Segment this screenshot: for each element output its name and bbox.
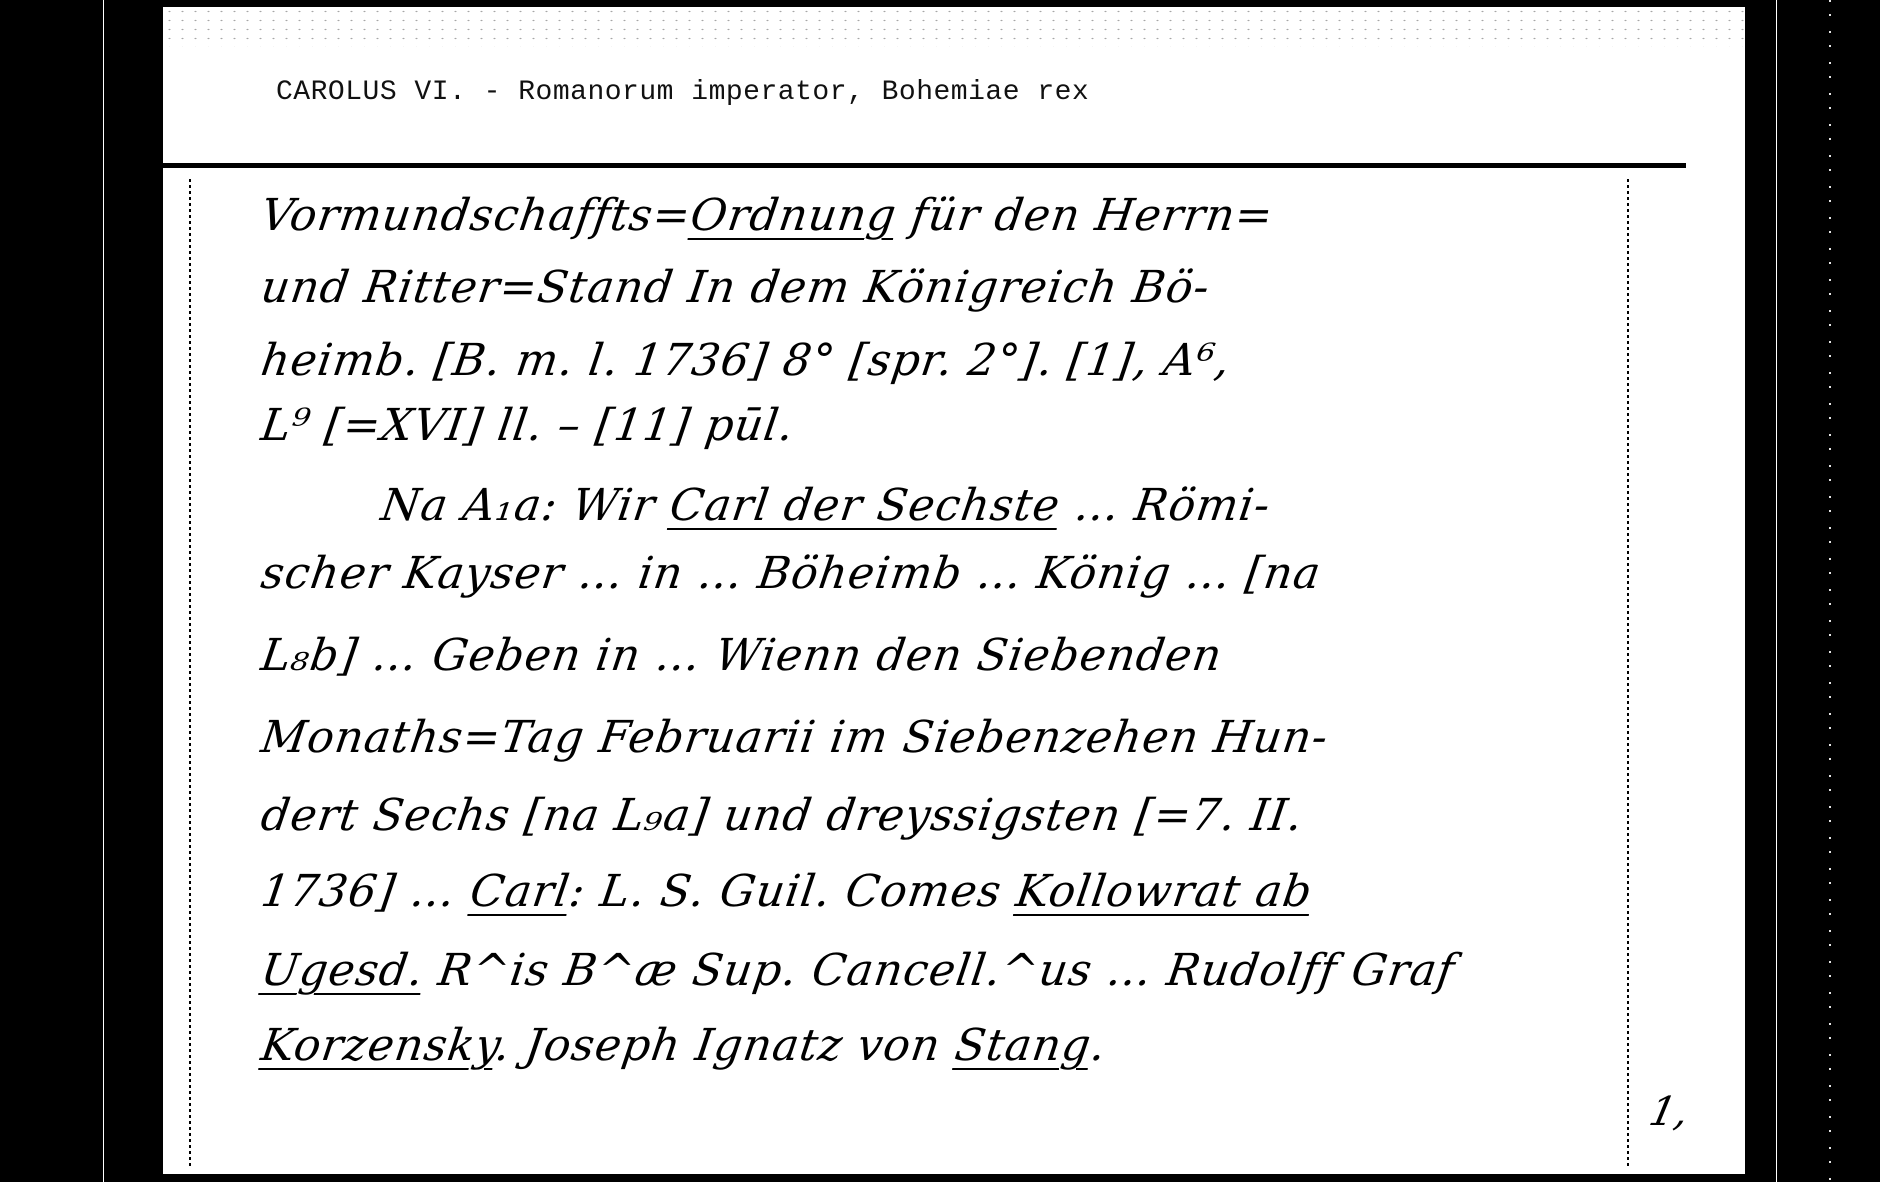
scan-edge-line-right [1776, 0, 1777, 1182]
handwritten-line: Korzensky. Joseph Ignatz von Stang. [258, 1020, 1110, 1071]
underlined-text: Ugesd. [258, 945, 427, 996]
line-text: Vormundschaffts= [258, 190, 694, 241]
catalog-card: CAROLUS VI. - Romanorum imperator, Bohem… [163, 7, 1745, 1174]
line-text: und Ritter=Stand In dem Königreich Bö- [258, 262, 1213, 313]
card-header-title: CAROLUS VI. - Romanorum imperator, Bohem… [276, 77, 1089, 108]
line-text: dert Sechs [na L₉a] und dreyssigsten [=7… [258, 790, 1306, 841]
line-text: L⁹ [=XVI] ll. – [11] pūl. [258, 400, 798, 451]
line-text: Na A₁a: Wir [378, 480, 674, 531]
handwritten-line: L⁹ [=XVI] ll. – [11] pūl. [258, 400, 798, 451]
line-text: Monaths=Tag Februarii im Siebenzehen Hun… [258, 712, 1332, 763]
line-text: … Römi- [1056, 480, 1273, 531]
underlined-text: Ordnung [687, 190, 900, 241]
line-text: L₈b] … Geben in … Wienn den Siebenden [258, 630, 1226, 681]
scan-edge-line-left [103, 0, 104, 1182]
handwritten-line: Ugesd. R^is B^æ Sup. Cancell.^us … Rudol… [258, 945, 1458, 996]
line-text: R^is B^æ Sup. Cancell.^us … Rudolff Graf [420, 945, 1458, 996]
underlined-text: Kollowrat ab [1013, 866, 1316, 917]
handwritten-line: 1736] … Carl: L. S. Guil. Comes Kollowra… [258, 866, 1316, 917]
handwritten-line: heimb. [B. m. l. 1736] 8° [spr. 2°]. [1]… [258, 335, 1234, 386]
handwritten-line: Monaths=Tag Februarii im Siebenzehen Hun… [258, 712, 1332, 763]
handwritten-line: und Ritter=Stand In dem Königreich Bö- [258, 262, 1213, 313]
underlined-text: Korzensky [258, 1020, 499, 1071]
underlined-text: Stang [952, 1020, 1095, 1071]
line-text: scher Kayser … in … Böheimb … König … [n… [258, 548, 1324, 599]
line-text: 1736] … [258, 866, 474, 917]
handwritten-line: Vormundschaffts=Ordnung für den Herrn= [258, 190, 1277, 241]
underlined-text: Carl der Sechste [667, 480, 1064, 531]
handwritten-line: L₈b] … Geben in … Wienn den Siebenden [258, 630, 1226, 681]
handwritten-line: Na A₁a: Wir Carl der Sechste … Römi- [378, 480, 1274, 531]
scan-edge-dots [1829, 0, 1831, 1182]
line-text: für den Herrn= [893, 190, 1277, 241]
line-text: . Joseph Ignatz von [492, 1020, 959, 1071]
header-rule [163, 163, 1686, 168]
card-number-mark: 1, [1645, 1089, 1693, 1135]
handwritten-line: dert Sechs [na L₉a] und dreyssigsten [=7… [258, 790, 1306, 841]
left-margin-line [189, 179, 191, 1168]
line-text: heimb. [B. m. l. 1736] 8° [spr. 2°]. [1]… [258, 335, 1234, 386]
scan-noise [163, 7, 1745, 47]
handwritten-line: scher Kayser … in … Böheimb … König … [n… [258, 548, 1324, 599]
right-margin-line [1627, 179, 1629, 1168]
line-text: : L. S. Guil. Comes [566, 866, 1020, 917]
underlined-text: Carl [467, 866, 573, 917]
